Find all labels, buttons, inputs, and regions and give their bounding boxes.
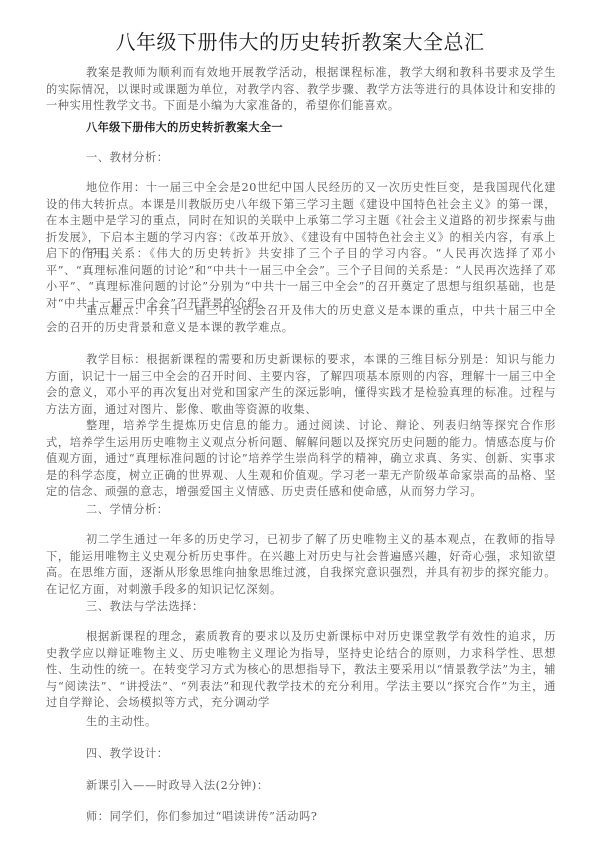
paragraph-lesson-intro: 新课引入——时政导入法(2分钟)： [86, 777, 269, 793]
paragraph-key-points: 重点难点：中共十一届三中全的会召开及伟大的历史意义是本课的重点，中共十届三中全会… [46, 303, 556, 336]
section-heading-3: 三、教法与学法选择： [86, 598, 204, 614]
paragraph-organize: 整理，培养学生提炼历史信息的能力。通过阅读、讨论、辩论、列表归纳等探究合作形式，… [46, 418, 556, 501]
intro-paragraph: 教案是教师为顺利而有效地开展教学活动，根据课程标准，教学大纲和教科书要求及学生的… [46, 65, 556, 115]
section-heading-1: 一、教材分析： [86, 149, 169, 165]
paragraph-methods-continued: 生的主动性。 [86, 713, 157, 729]
section-subtitle: 八年级下册伟大的历史转折教案大全一 [86, 119, 283, 135]
page-title: 八年级下册伟大的历史转折教案大全总汇 [0, 26, 600, 55]
section-heading-2: 二、学情分析： [86, 501, 169, 517]
paragraph-teaching-goals: 教学目标：根据新课程的需要和历史新课标的要求，本课的三维目标分别是：知识与能力方… [46, 352, 556, 418]
paragraph-methods: 根据新课程的理念，素质教育的要求以及历史新课标中对历史课堂教学有效性的追求，历史… [46, 629, 556, 712]
paragraph-student-analysis: 初二学生通过一年多的历史学习，已初步了解了历史唯物主义的基本观点，在教师的指导下… [46, 532, 556, 598]
paragraph-teacher-question: 师：同学们，你们参加过“唱读讲传”活动吗? [86, 808, 317, 824]
document-page: 八年级下册伟大的历史转折教案大全总汇 教案是教师为顺利而有效地开展教学活动，根据… [0, 0, 600, 849]
section-heading-4: 四、教学设计： [86, 745, 169, 761]
